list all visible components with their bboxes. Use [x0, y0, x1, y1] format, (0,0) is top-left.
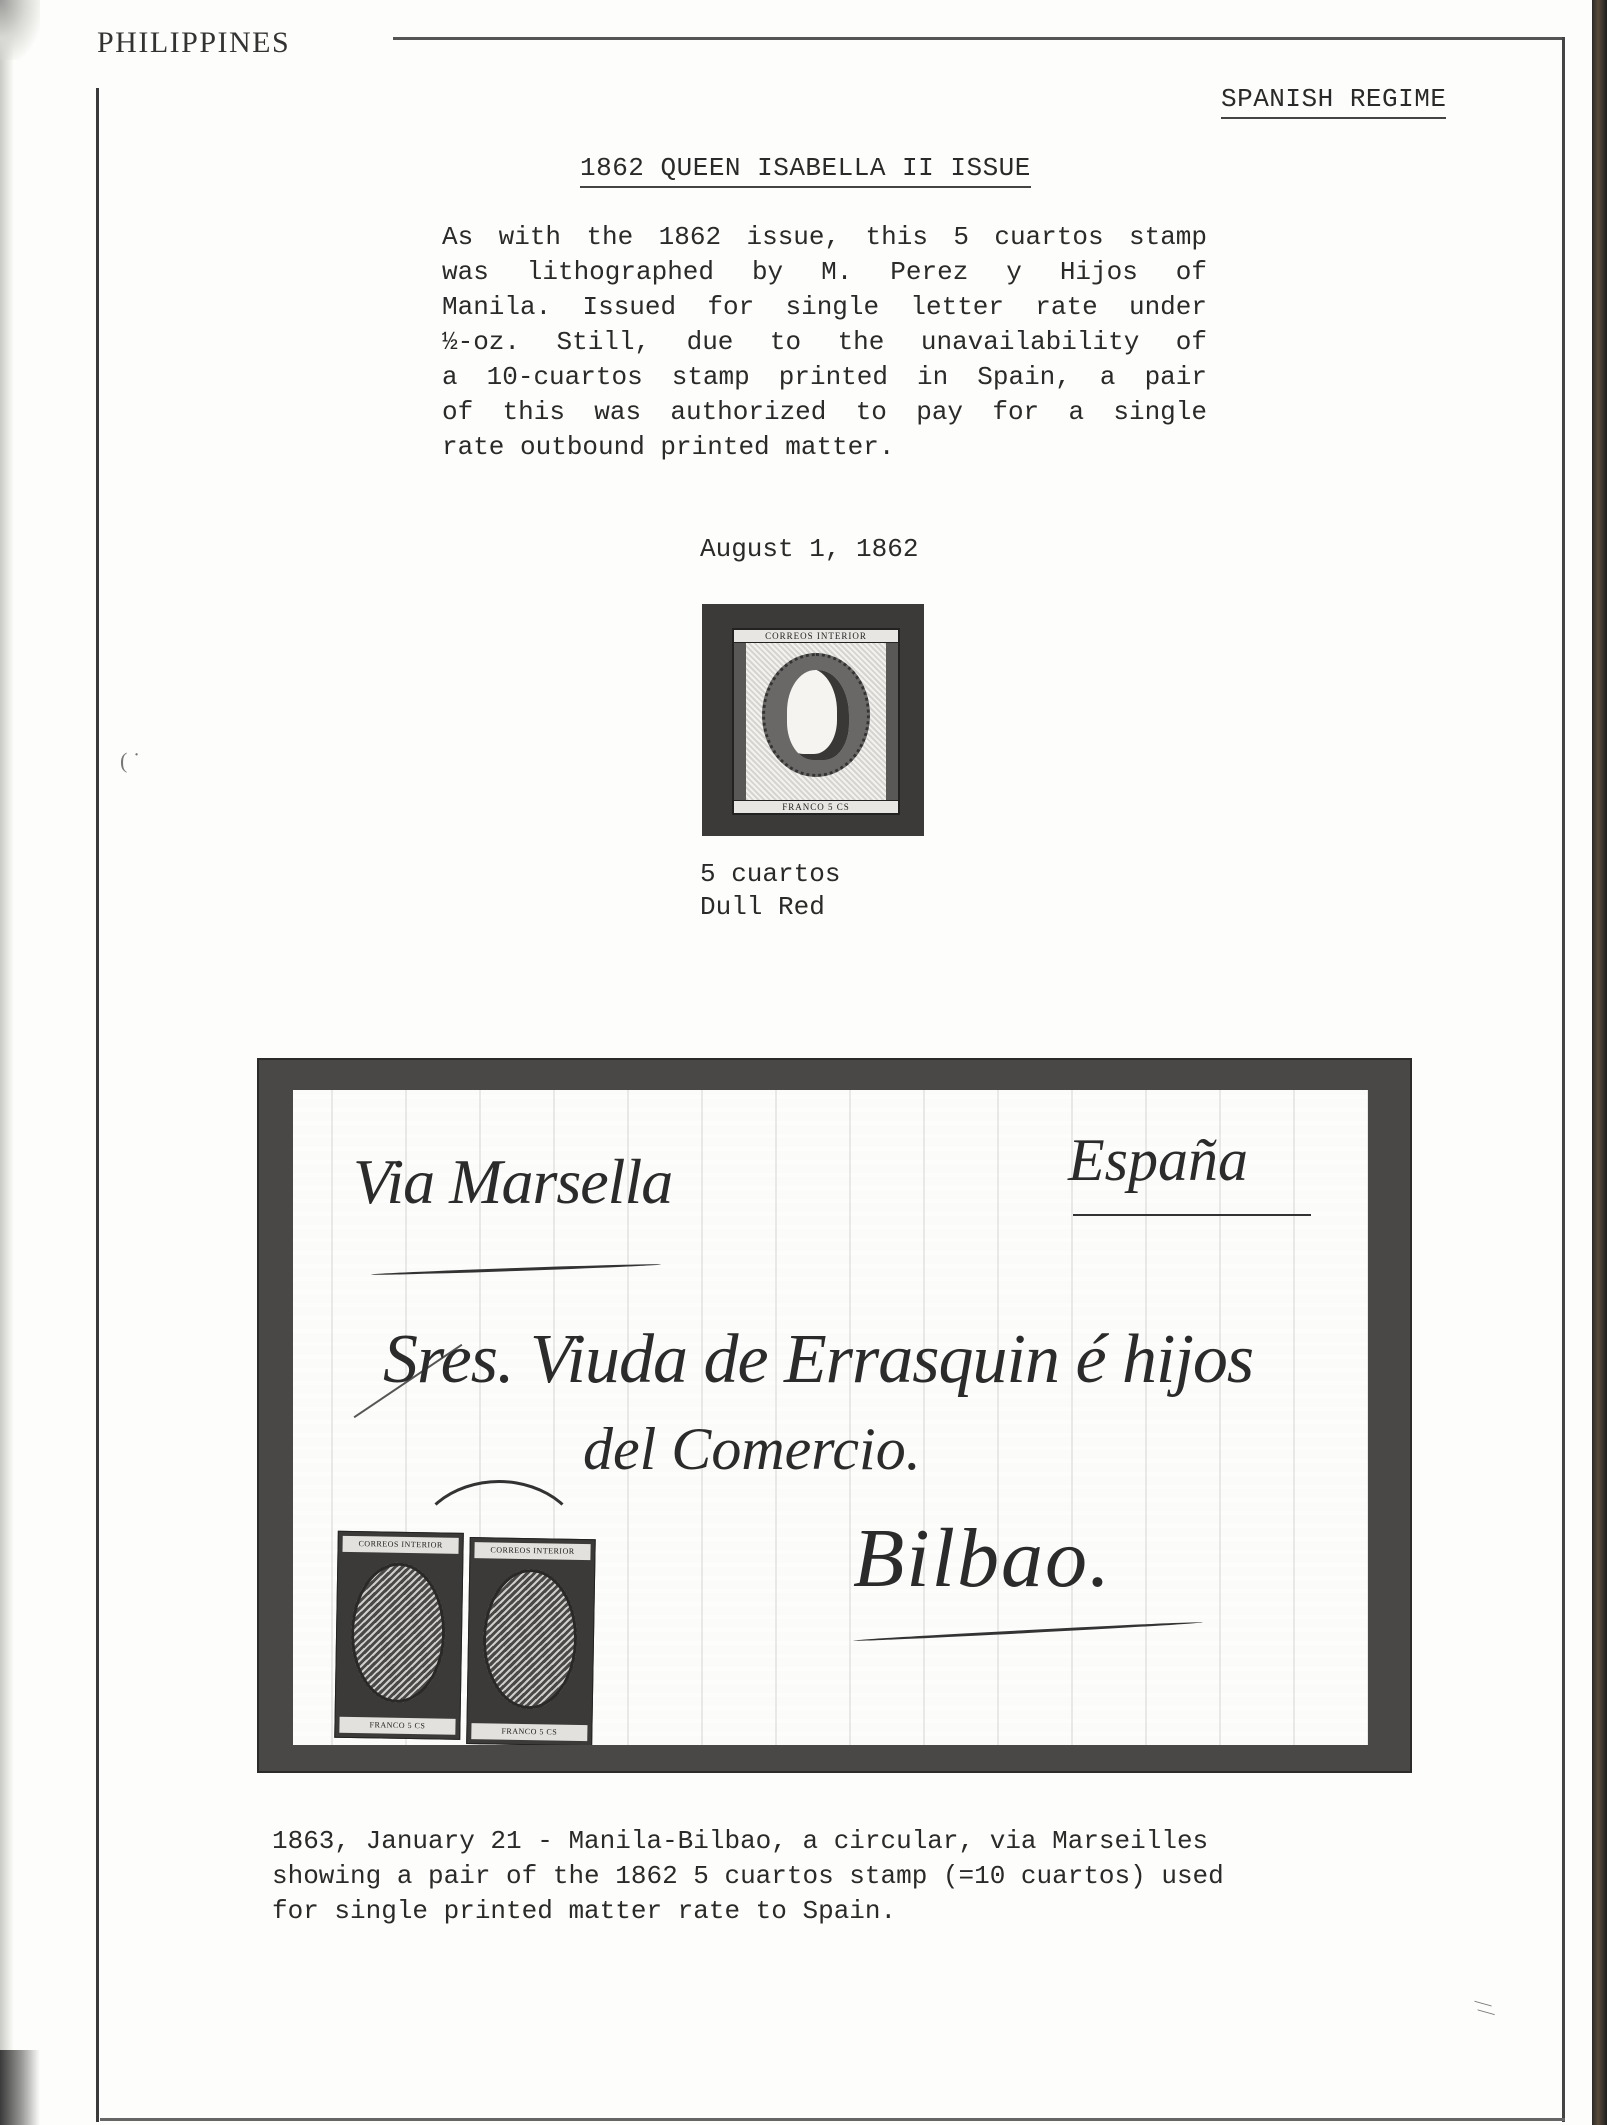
- intro-line: a 10-cuartos stamp printed in Spain, a p…: [442, 360, 1207, 395]
- intro-line: ½-oz. Still, due to the unavailability o…: [442, 325, 1207, 360]
- stamp-image: CORREOS INTERIOR FRANCO 5 CS: [702, 604, 924, 836]
- cover-caption: 1863, January 21 - Manila-Bilbao, a circ…: [272, 1824, 1224, 1929]
- pair-stamp-right: CORREOS INTERIOR FRANCO 5 CS: [466, 1537, 596, 1745]
- queen-portrait-icon: [482, 1568, 578, 1710]
- page-frame-bottom: [100, 2118, 1565, 2121]
- handwritten-addressee-line2: del Comercio.: [583, 1415, 921, 1484]
- handwritten-city: Bilbao.: [853, 1510, 1112, 1607]
- stamp-center: [734, 643, 898, 800]
- page-frame-right: [1562, 37, 1565, 2122]
- stamp-inscription-top: CORREOS INTERIOR: [734, 630, 898, 643]
- queen-head-icon: [787, 670, 849, 760]
- handwritten-addressee: Sres. Viuda de Errasquin é hijos: [383, 1320, 1253, 1400]
- intro-line: was lithographed by M. Perez y Hijos of: [442, 255, 1207, 290]
- scan-edge-left: [0, 0, 14, 2125]
- album-country-title: PHILIPPINES: [97, 26, 290, 60]
- stamp-denomination: 5 cuartos: [700, 858, 840, 891]
- issue-title: 1862 QUEEN ISABELLA II ISSUE: [580, 153, 1031, 188]
- scan-edge-right: [1592, 0, 1607, 2125]
- page-frame-top: [393, 37, 1565, 40]
- pair-stamp-inscription-bottom: FRANCO 5 CS: [471, 1723, 587, 1741]
- stamp-design: CORREOS INTERIOR FRANCO 5 CS: [732, 628, 900, 815]
- pair-stamp-inscription-top: CORREOS INTERIOR: [474, 1542, 590, 1560]
- section-tag: SPANISH REGIME: [1221, 84, 1446, 119]
- margin-mark-bottom-right: ⁄ ⁄: [1470, 1998, 1499, 2019]
- queen-portrait-icon: [762, 653, 870, 777]
- intro-line: Manila. Issued for single letter rate un…: [442, 290, 1207, 325]
- scan-shadow-top-left: [0, 0, 40, 60]
- intro-line: of this was authorized to pay for a sing…: [442, 395, 1207, 430]
- destination-underline: [1073, 1214, 1311, 1216]
- scan-shadow-bottom-left: [0, 2050, 40, 2125]
- stamp-color: Dull Red: [700, 891, 840, 924]
- intro-line: As with the 1862 issue, this 5 cuartos s…: [442, 220, 1207, 255]
- pair-stamp-left: CORREOS INTERIOR FRANCO 5 CS: [334, 1531, 464, 1740]
- stamp-description: 5 cuartos Dull Red: [700, 858, 840, 924]
- caption-line: 1863, January 21 - Manila-Bilbao, a circ…: [272, 1824, 1224, 1859]
- intro-paragraph: As with the 1862 issue, this 5 cuartos s…: [442, 220, 1207, 465]
- pair-stamp-inscription-bottom: FRANCO 5 CS: [339, 1717, 455, 1735]
- pair-stamp-inscription-top: CORREOS INTERIOR: [342, 1536, 458, 1554]
- stamp-inscription-bottom: FRANCO 5 CS: [734, 800, 898, 813]
- margin-mark-left: ( ˙: [120, 748, 140, 774]
- queen-portrait-icon: [350, 1562, 446, 1704]
- postal-cover-image: Via Marsella España Sres. Viuda de Erras…: [257, 1058, 1412, 1773]
- handwritten-destination-country: España: [1068, 1126, 1248, 1195]
- page-frame-left: [96, 88, 99, 2122]
- stamp-pair: CORREOS INTERIOR FRANCO 5 CS CORREOS INT…: [334, 1531, 600, 1745]
- caption-line: showing a pair of the 1862 5 cuartos sta…: [272, 1859, 1224, 1894]
- intro-line: rate outbound printed matter.: [442, 430, 1207, 465]
- caption-line: for single printed matter rate to Spain.: [272, 1894, 1224, 1929]
- handwritten-route: Via Marsella: [353, 1145, 672, 1219]
- cover-front: Via Marsella España Sres. Viuda de Erras…: [293, 1090, 1368, 1745]
- stamp-issue-date: August 1, 1862: [700, 534, 918, 564]
